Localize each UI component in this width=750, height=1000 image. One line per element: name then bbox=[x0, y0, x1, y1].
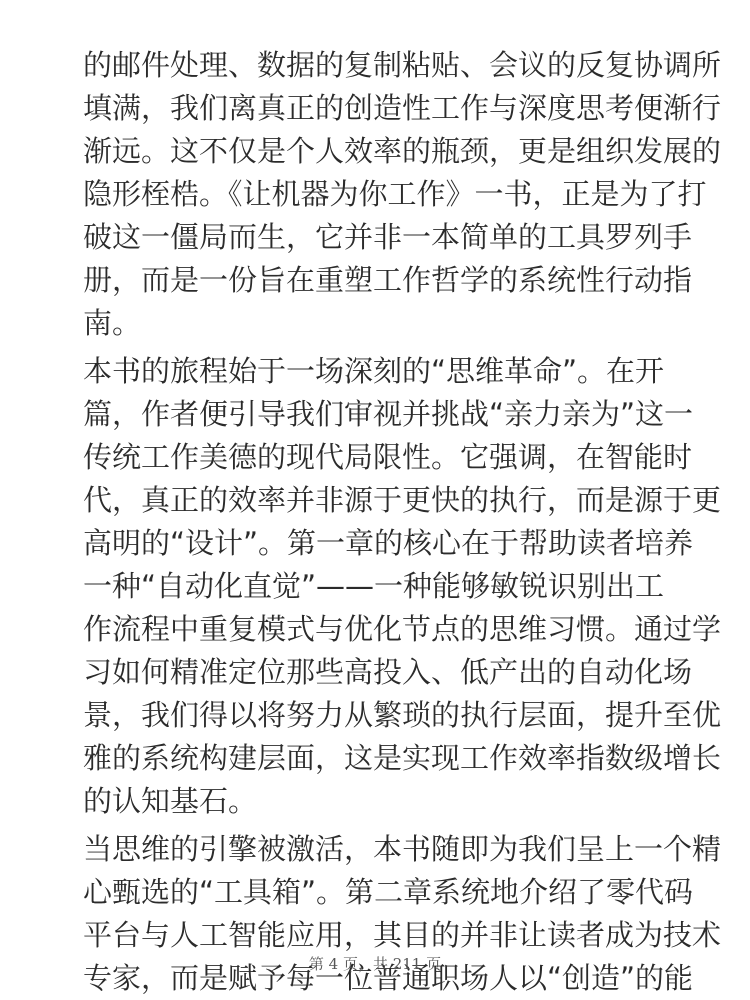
text-line: 南。 bbox=[83, 302, 683, 345]
text-line: 代，真正的效率并非源于更快的执行，而是源于更 bbox=[83, 479, 683, 522]
text-line: 破这一僵局而生，它并非一本简单的工具罗列手 bbox=[83, 216, 683, 259]
text-line: 隐形桎梏。《让机器为你工作》一书，正是为了打 bbox=[83, 173, 683, 216]
paragraph-3: 当思维的引擎被激活，本书随即为我们呈上一个精 心甄选的“工具箱”。第二章系统地介… bbox=[83, 828, 683, 1000]
page-indicator: 第 4 页，共 211 页 bbox=[0, 953, 750, 974]
paragraph-2: 本书的旅程始于一场深刻的“思维革命”。在开 篇，作者便引导我们审视并挑战“亲力亲… bbox=[83, 350, 683, 823]
text-line: 习如何精准定位那些高投入、低产出的自动化场 bbox=[83, 651, 683, 694]
text-line: 传统工作美德的现代局限性。它强调，在智能时 bbox=[83, 436, 683, 479]
text-line: 渐远。这不仅是个人效率的瓶颈，更是组织发展的 bbox=[83, 130, 683, 173]
text-line: 平台与人工智能应用，其目的并非让读者成为技术 bbox=[83, 914, 683, 957]
document-page: 的邮件处理、数据的复制粘贴、会议的反复协调所 填满，我们离真正的创造性工作与深度… bbox=[83, 44, 683, 1000]
text-line: 本书的旅程始于一场深刻的“思维革命”。在开 bbox=[83, 350, 683, 393]
text-line: 册，而是一份旨在重塑工作哲学的系统性行动指 bbox=[83, 259, 683, 302]
text-line: 一种“自动化直觉”——一种能够敏锐识别出工 bbox=[83, 565, 683, 608]
text-line: 填满，我们离真正的创造性工作与深度思考便渐行 bbox=[83, 87, 683, 130]
text-line: 作流程中重复模式与优化节点的思维习惯。通过学 bbox=[83, 608, 683, 651]
text-line: 高明的“设计”。第一章的核心在于帮助读者培养 bbox=[83, 522, 683, 565]
text-line: 当思维的引擎被激活，本书随即为我们呈上一个精 bbox=[83, 828, 683, 871]
text-line: 景，我们得以将努力从繁琐的执行层面，提升至优 bbox=[83, 694, 683, 737]
text-line: 的邮件处理、数据的复制粘贴、会议的反复协调所 bbox=[83, 44, 683, 87]
text-line: 的认知基石。 bbox=[83, 780, 683, 823]
text-line: 篇，作者便引导我们审视并挑战“亲力亲为”这一 bbox=[83, 393, 683, 436]
paragraph-1: 的邮件处理、数据的复制粘贴、会议的反复协调所 填满，我们离真正的创造性工作与深度… bbox=[83, 44, 683, 345]
text-line: 心甄选的“工具箱”。第二章系统地介绍了零代码 bbox=[83, 871, 683, 914]
text-line: 雅的系统构建层面，这是实现工作效率指数级增长 bbox=[83, 737, 683, 780]
